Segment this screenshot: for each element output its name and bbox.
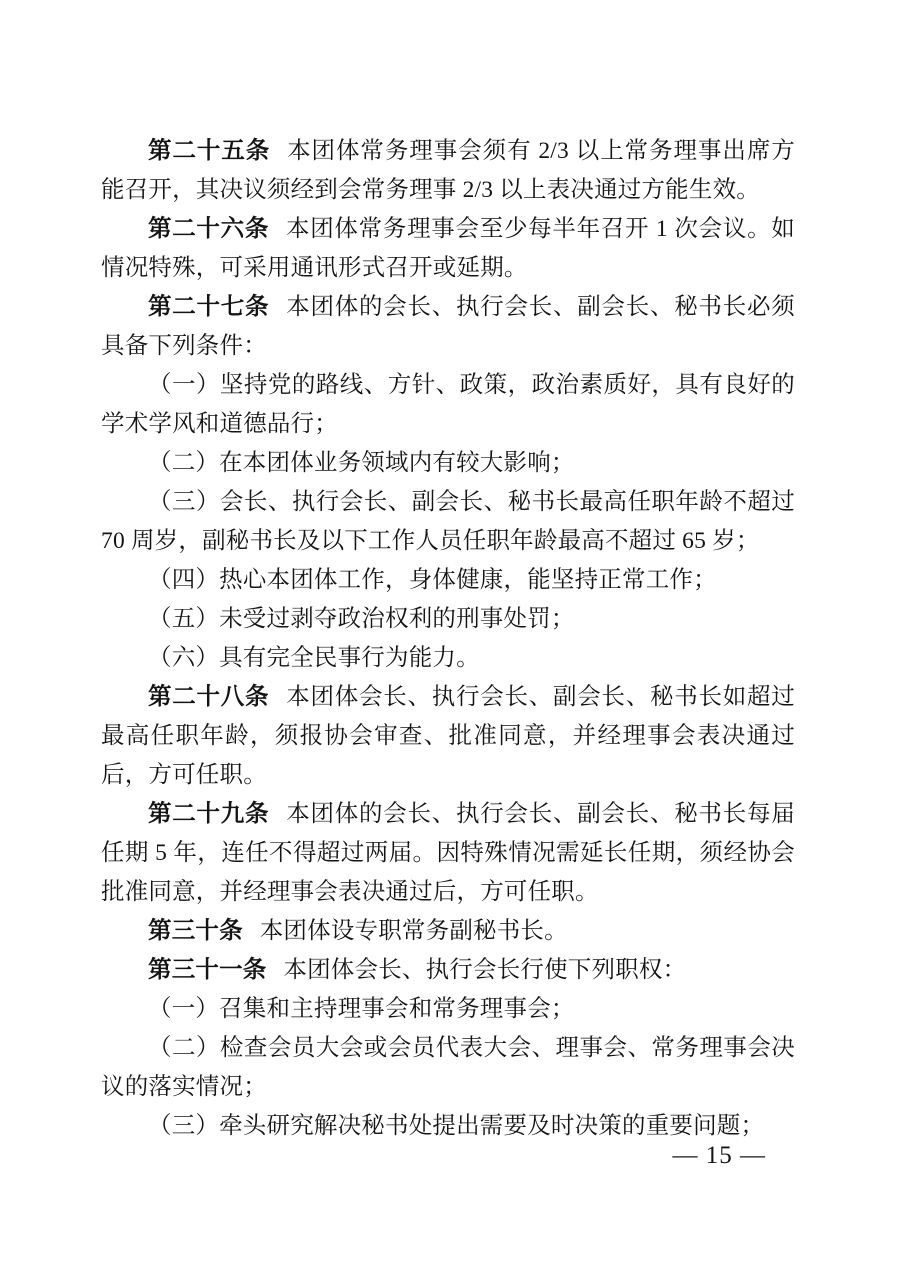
article-number: 第二十八条	[148, 684, 269, 710]
document-body: 第二十五条本团体常务理事会须有 2/3 以上常务理事出席方能召开，其决议须经到会…	[101, 132, 795, 1146]
document-page: 第二十五条本团体常务理事会须有 2/3 以上常务理事出席方能召开，其决议须经到会…	[0, 0, 900, 1273]
paragraph-text: （四）热心本团体工作，身体健康，能坚持正常工作；	[148, 567, 717, 593]
list-item-paragraph: （二）在本团体业务领域内有较大影响；	[101, 444, 795, 483]
list-item-paragraph: （一）坚持党的路线、方针、政策，政治素质好，具有良好的学术学风和道德品行；	[101, 366, 795, 444]
article-number: 第二十六条	[148, 216, 269, 242]
article-number: 第三十一条	[148, 957, 267, 983]
article-number: 第二十七条	[148, 294, 269, 320]
paragraph-text: （六）具有完全民事行为能力。	[148, 645, 480, 671]
article-paragraph: 第三十一条本团体会长、执行会长行使下列职权：	[101, 951, 795, 990]
article-number: 第二十五条	[148, 138, 270, 164]
paragraph-text: 本团体会长、执行会长行使下列职权：	[283, 957, 686, 983]
article-paragraph: 第二十五条本团体常务理事会须有 2/3 以上常务理事出席方能召开，其决议须经到会…	[101, 132, 795, 210]
list-item-paragraph: （二）检查会员大会或会员代表大会、理事会、常务理事会决议的落实情况；	[101, 1029, 795, 1107]
list-item-paragraph: （三）会长、执行会长、副会长、秘书长最高任职年龄不超过 70 周岁，副秘书长及以…	[101, 483, 795, 561]
list-item-paragraph: （六）具有完全民事行为能力。	[101, 639, 795, 678]
article-number: 第三十条	[148, 918, 243, 944]
paragraph-text: 本团体设专职常务副秘书长。	[260, 918, 568, 944]
article-paragraph: 第二十七条本团体的会长、执行会长、副会长、秘书长必须具备下列条件：	[101, 288, 795, 366]
page-number: — 15 —	[673, 1141, 767, 1171]
paragraph-text: （二）检查会员大会或会员代表大会、理事会、常务理事会决议的落实情况；	[101, 1035, 795, 1100]
article-number: 第二十九条	[148, 801, 269, 827]
paragraph-text: （一）召集和主持理事会和常务理事会；	[148, 996, 575, 1022]
paragraph-text: （二）在本团体业务领域内有较大影响；	[148, 450, 575, 476]
list-item-paragraph: （五）未受过剥夺政治权利的刑事处罚；	[101, 600, 795, 639]
article-paragraph: 第三十条本团体设专职常务副秘书长。	[101, 912, 795, 951]
paragraph-text: （五）未受过剥夺政治权利的刑事处罚；	[148, 606, 575, 632]
article-paragraph: 第二十六条本团体常务理事会至少每半年召开 1 次会议。如情况特殊，可采用通讯形式…	[101, 210, 795, 288]
article-paragraph: 第二十九条本团体的会长、执行会长、副会长、秘书长每届任期 5 年，连任不得超过两…	[101, 795, 795, 912]
paragraph-text: （一）坚持党的路线、方针、政策，政治素质好，具有良好的学术学风和道德品行；	[101, 372, 795, 437]
paragraph-text: （三）牵头研究解决秘书处提出需要及时决策的重要问题；	[148, 1113, 764, 1139]
list-item-paragraph: （四）热心本团体工作，身体健康，能坚持正常工作；	[101, 561, 795, 600]
article-paragraph: 第二十八条本团体会长、执行会长、副会长、秘书长如超过最高任职年龄，须报协会审查、…	[101, 678, 795, 795]
list-item-paragraph: （一）召集和主持理事会和常务理事会；	[101, 990, 795, 1029]
paragraph-text: （三）会长、执行会长、副会长、秘书长最高任职年龄不超过 70 周岁，副秘书长及以…	[101, 489, 795, 554]
